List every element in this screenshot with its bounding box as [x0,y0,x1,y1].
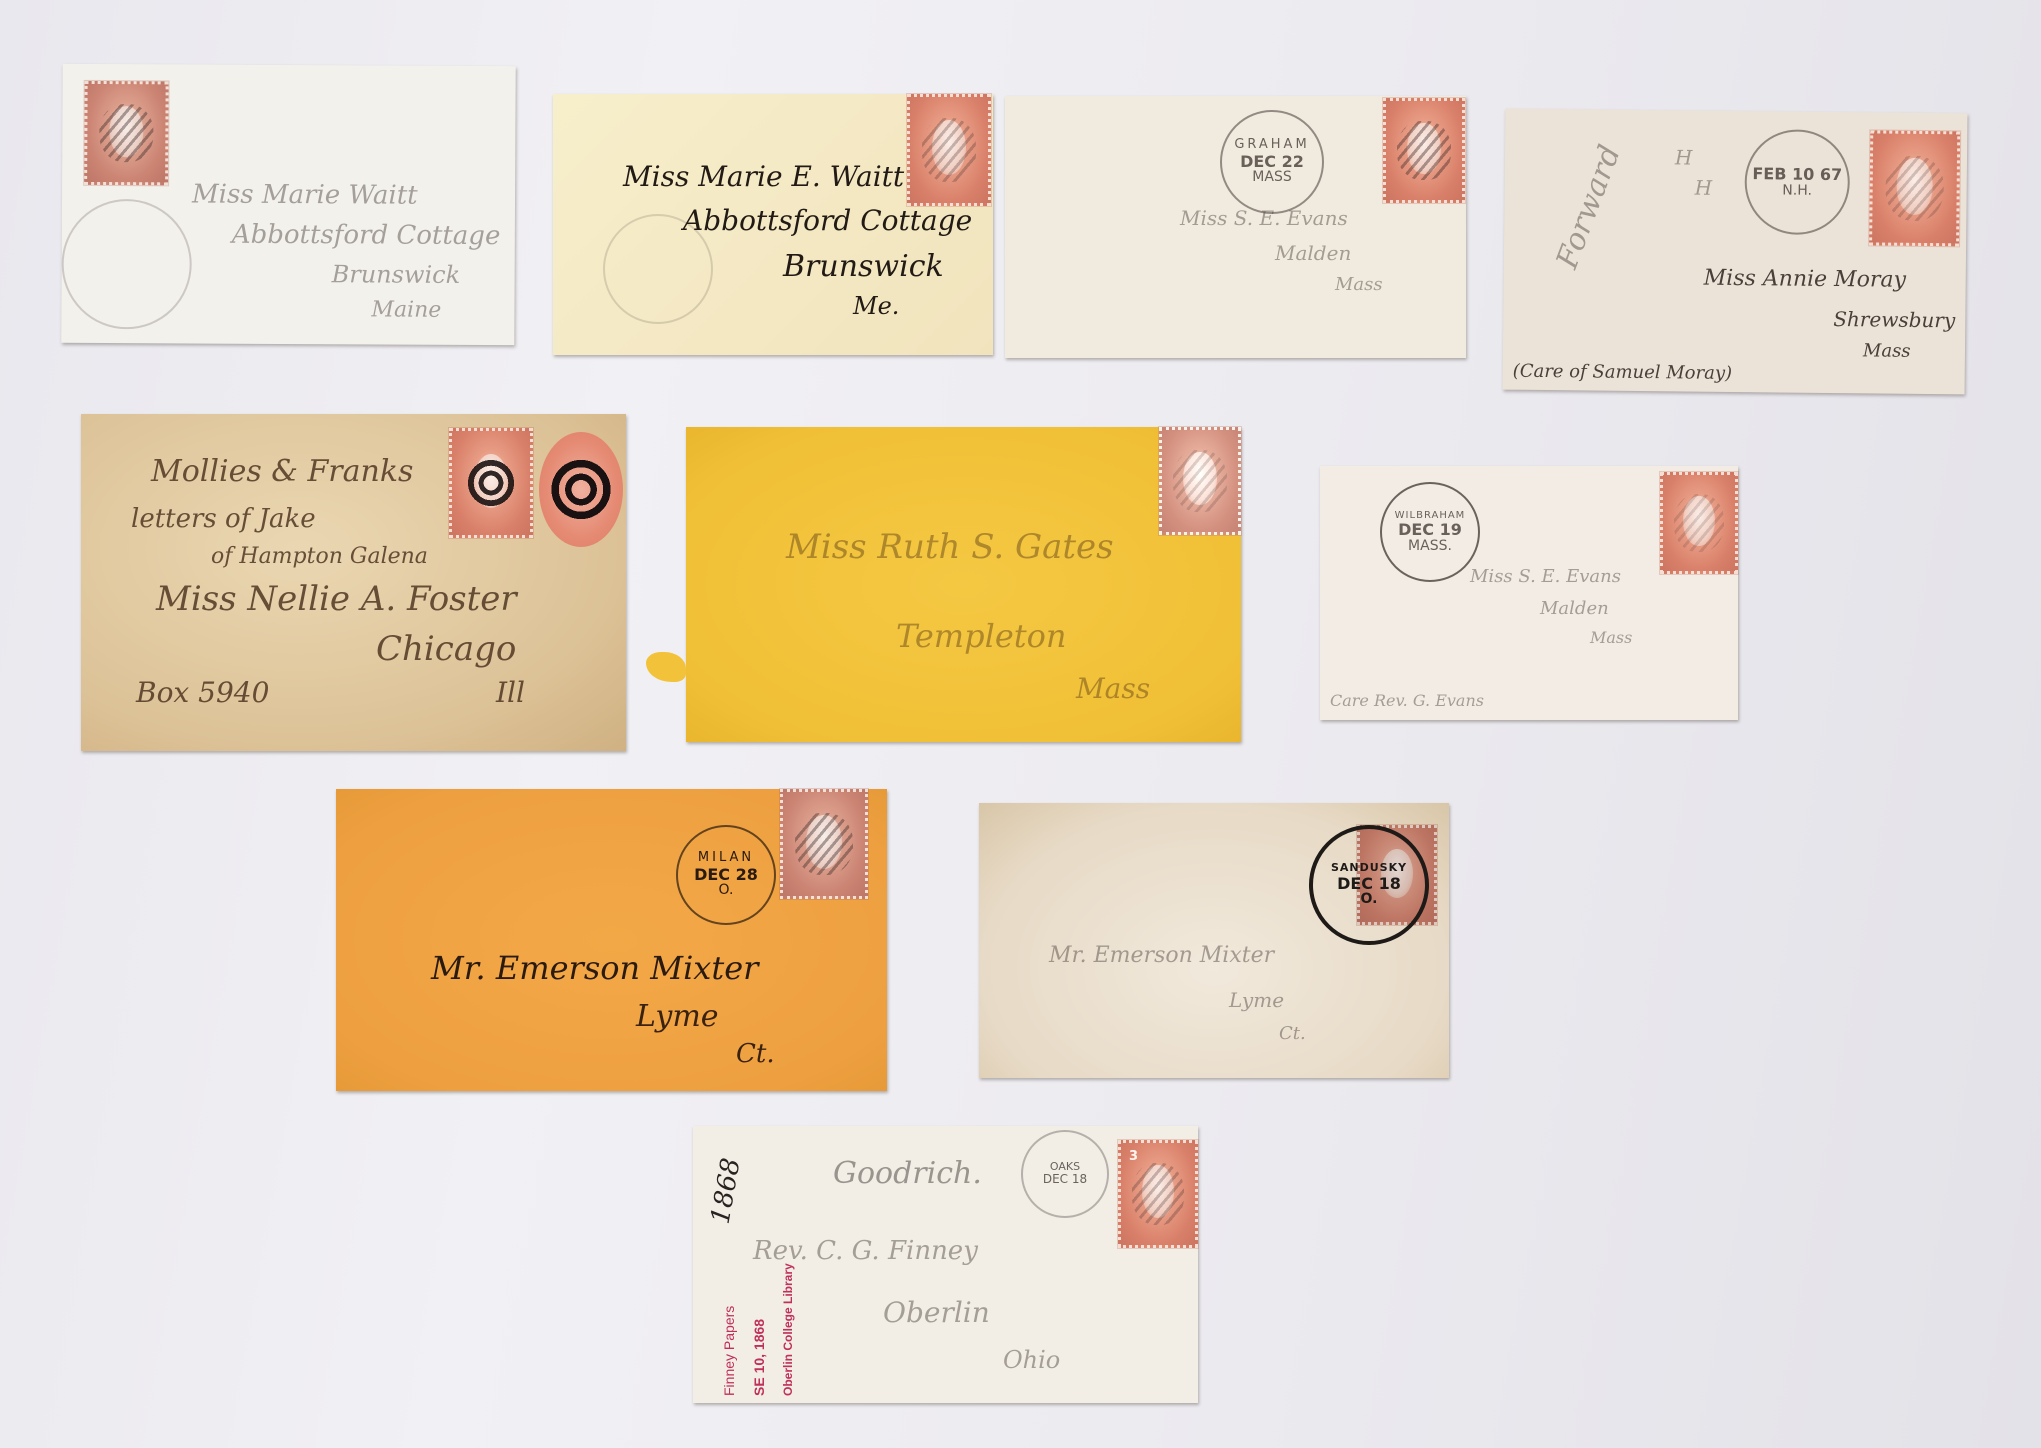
address-line: Mass [1335,274,1383,295]
note: letters of Jake [131,504,316,534]
note: Forward [1550,141,1628,274]
address-line: Miss Ruth S. Gates [786,527,1114,567]
note: H [1695,176,1713,200]
postmark: OAKS DEC 18 [1021,1130,1109,1218]
postmark-state: MASS [1252,170,1291,185]
grid-cancel-icon [1674,494,1724,552]
address-line: Mr. Emerson Mixter [1049,943,1274,968]
address-line: Miss S. E. Evans [1470,566,1621,587]
grid-cancel-icon [922,118,977,182]
stamp-3-cent [1159,427,1241,535]
address-line: Malden [1540,598,1609,619]
note: H [1675,145,1693,169]
address-line: Miss Nellie A. Foster [156,579,517,619]
note: of Hampton Galena [211,544,428,569]
envelope-9: SANDUSKY DEC 18 O. Mr. Emerson Mixter Ly… [979,803,1449,1078]
stamp-3-cent [1660,472,1738,574]
stamp-3-cent [907,94,991,206]
address-line: Brunswick [332,260,461,289]
postmark: GRAHAM DEC 22 MASS [1220,110,1324,214]
address-line: Care Rev. G. Evans [1330,691,1484,710]
stamp-3-cent [780,789,868,899]
address-line: Lyme [1229,988,1284,1012]
postmark-state: O. [719,883,734,898]
envelope-2: Miss Marie E. Waitt Abbottsford Cottage … [553,94,993,355]
stamp-denomination: 3 [1129,1149,1138,1164]
target-cancel-icon [464,452,519,514]
envelope-1: Miss Marie Waitt Abbottsford Cottage Bru… [61,64,515,345]
postmark-date: DEC 22 [1240,153,1304,171]
postmark-date: DEC 19 [1398,521,1462,539]
stamp-3-cent [1869,130,1960,246]
address-line: Lyme [636,999,719,1034]
address-line: Mass [1076,672,1150,705]
address-line: Mass [1863,340,1911,361]
torn-flap [646,652,686,682]
address-line: Shrewsbury [1833,307,1955,332]
address-line: Me. [853,292,899,320]
address-line: Chicago [376,629,516,669]
address-line: (Care of Samuel Moray) [1513,361,1733,384]
address-line: Miss Annie Moray [1704,266,1907,293]
address-line: Miss S. E. Evans [1180,206,1348,230]
grid-cancel-icon [1885,155,1944,221]
postmark-state: N.H. [1782,183,1812,199]
address-line: Ct. [1279,1023,1306,1044]
library-stamp: SE 10, 1868 [751,1319,767,1396]
envelope-7: WILBRAHAM DEC 19 MASS. Miss S. E. Evans … [1320,466,1738,720]
address-line: Miss Marie Waitt [192,179,418,210]
stamp-3-cent: 3 [1118,1140,1198,1248]
note: Goodrich. [833,1156,982,1191]
side-note: 1868 [706,1156,747,1226]
grid-cancel-icon [1397,121,1450,180]
address-line: Miss Marie E. Waitt [623,160,904,193]
postmark: MILAN DEC 28 O. [676,825,776,925]
postmark-town: MILAN [698,851,754,865]
postmark-date: FEB 10 67 [1752,165,1842,184]
address-line: Templeton [896,617,1067,655]
grid-cancel-icon [99,104,154,163]
postmark-date: DEC 18 [1337,875,1401,893]
grid-cancel-icon [1132,1163,1184,1224]
address-line: Ohio [1003,1346,1060,1374]
postmark: FEB 10 67 N.H. [1744,129,1850,235]
address-line: Ct. [736,1039,775,1069]
envelope-8: MILAN DEC 28 O. Mr. Emerson Mixter Lyme … [336,789,887,1091]
address-line: Mass [1590,628,1632,647]
library-stamp: Finney Papers [721,1306,737,1396]
envelope-4: FEB 10 67 N.H. Forward H H Miss Annie Mo… [1503,109,1968,395]
address-line: Abbottsford Cottage [232,220,501,251]
postmark [61,199,192,330]
address-line: Brunswick [783,249,944,284]
grid-cancel-icon [1173,450,1226,511]
postmark-town: GRAHAM [1234,138,1309,152]
address-line: Abbottsford Cottage [683,204,972,237]
address-line: Box 5940 [136,676,269,709]
address-line: Mr. Emerson Mixter [431,949,758,987]
envelope-5: Mollies & Franks letters of Jake of Hamp… [81,414,626,751]
postmark-state: MASS. [1408,539,1452,554]
stamp-3-cent [449,428,533,538]
envelope-10: 3 OAKS DEC 18 Goodrich. 1868 Rev. C. G. … [693,1126,1198,1403]
target-cancel-icon [547,449,614,530]
grid-cancel-icon [795,813,852,875]
address-line: Rev. C. G. Finney [753,1236,978,1266]
postmark-town: SANDUSKY [1331,862,1407,874]
envelope-6: Miss Ruth S. Gates Templeton Mass [686,427,1241,742]
embossed-stamp [539,432,623,547]
note: Mollies & Franks [151,454,413,489]
postmark: SANDUSKY DEC 18 O. [1309,825,1429,945]
library-stamp: Oberlin College Library [781,1263,795,1396]
address-line: Malden [1275,241,1351,265]
stamp-3-cent [84,81,169,185]
envelope-3: GRAHAM DEC 22 MASS Miss S. E. Evans Mald… [1005,96,1466,358]
postmark-date: DEC 28 [694,866,758,884]
address-line: Oberlin [883,1296,990,1329]
postmark-state: O. [1361,892,1378,907]
stamp-3-cent [1383,98,1465,203]
postmark-date: DEC 18 [1043,1173,1087,1186]
address-line: Maine [371,297,441,322]
address-line: Ill [496,676,525,709]
postmark: WILBRAHAM DEC 19 MASS. [1380,482,1480,582]
